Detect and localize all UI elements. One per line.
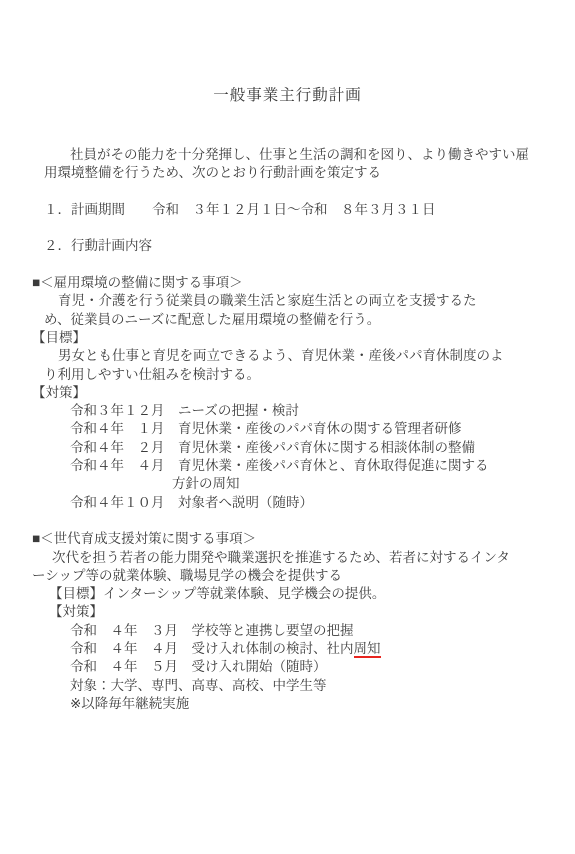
section1-schedule-continuation: 方針の周知 — [172, 475, 575, 493]
section1-schedule-row: 令和４年 １月 育児休業・産後のパパ育休の関する管理者研修 — [70, 420, 575, 438]
section2-heading: ■＜世代育成支援対策に関する事項＞ — [32, 530, 575, 548]
section2-note-line: ※以降毎年継続実施 — [70, 695, 575, 713]
blank-line — [32, 219, 575, 237]
section1-schedule-row: 令和４年 ２月 育児休業・産後パパ育休に関する相談体制の整備 — [70, 439, 575, 457]
blank-line — [32, 512, 575, 530]
section1-measures-label: 【対策】 — [32, 384, 575, 402]
section2-schedule-row: 令和 ４年 ５月 受け入れ開始（随時） — [70, 658, 575, 676]
proofing-underlined-text: 周知 — [354, 641, 381, 658]
doc-body: 社員がその能力を十分発揮し、仕事と生活の調和を図り、より働きやすい雇 用環境整備… — [32, 146, 575, 713]
section1-goal-line-2: り利用しやすい仕組みを検討する。 — [44, 366, 575, 384]
schedule-text: 令和 ４年 ４月 受け入れ体制の検討、社内 — [70, 641, 354, 656]
plan-content-heading: ２．行動計画内容 — [44, 237, 575, 255]
section1-heading: ■＜雇用環境の整備に関する事項＞ — [32, 274, 575, 292]
section1-schedule-row: 令和３年１２月 ニーズの把握・検討 — [70, 402, 575, 420]
section1-body-line-2: め、従業員のニーズに配意した雇用環境の整備を行う。 — [44, 311, 575, 329]
intro-line-2: 用環境整備を行うため、次のとおり行動計画を策定する — [44, 164, 575, 182]
section2-body-line-1: 次代を担う若者の能力開発や職業選択を推進するため、若者に対するインタ — [52, 549, 575, 567]
section1-body-line-1: 育児・介護を行う従業員の職業生活と家庭生活との両立を支援するた — [58, 292, 575, 310]
section2-body-line-2: ーシップ等の就業体験、職場見学の機会を提供する — [32, 567, 575, 585]
section2-goal-line: 【目標】インターシップ等就業体験、見学機会の提供。 — [49, 585, 575, 603]
blank-line — [32, 256, 575, 274]
section1-goal-line-1: 男女とも仕事と育児を両立できるよう、育児休業・産後パパ育休制度のよ — [58, 347, 575, 365]
section1-schedule-row: 令和４年 ４月 育児休業・産後パパ育休と、育休取得促進に関する — [70, 457, 575, 475]
doc-title: 一般事業主行動計画 — [0, 83, 575, 105]
document-page: 一般事業主行動計画 社員がその能力を十分発揮し、仕事と生活の調和を図り、より働き… — [0, 0, 575, 854]
section1-goal-label: 【目標】 — [32, 329, 575, 347]
section2-measures-label: 【対策】 — [49, 603, 575, 621]
section2-schedule-row: 令和 ４年 ３月 学校等と連携し要望の把握 — [70, 622, 575, 640]
section2-schedule-row: 令和 ４年 ４月 受け入れ体制の検討、社内周知 — [70, 640, 575, 658]
section1-schedule-row: 令和４年１０月 対象者へ説明（随時） — [70, 494, 575, 512]
section2-targets-line: 対象：大学、専門、高専、高校、中学生等 — [70, 677, 575, 695]
intro-line-1: 社員がその能力を十分発揮し、仕事と生活の調和を図り、より働きやすい雇 — [70, 146, 575, 164]
plan-period-line: １．計画期間 令和 ３年１２月１日～令和 ８年３月３１日 — [44, 201, 575, 219]
blank-line — [32, 183, 575, 201]
